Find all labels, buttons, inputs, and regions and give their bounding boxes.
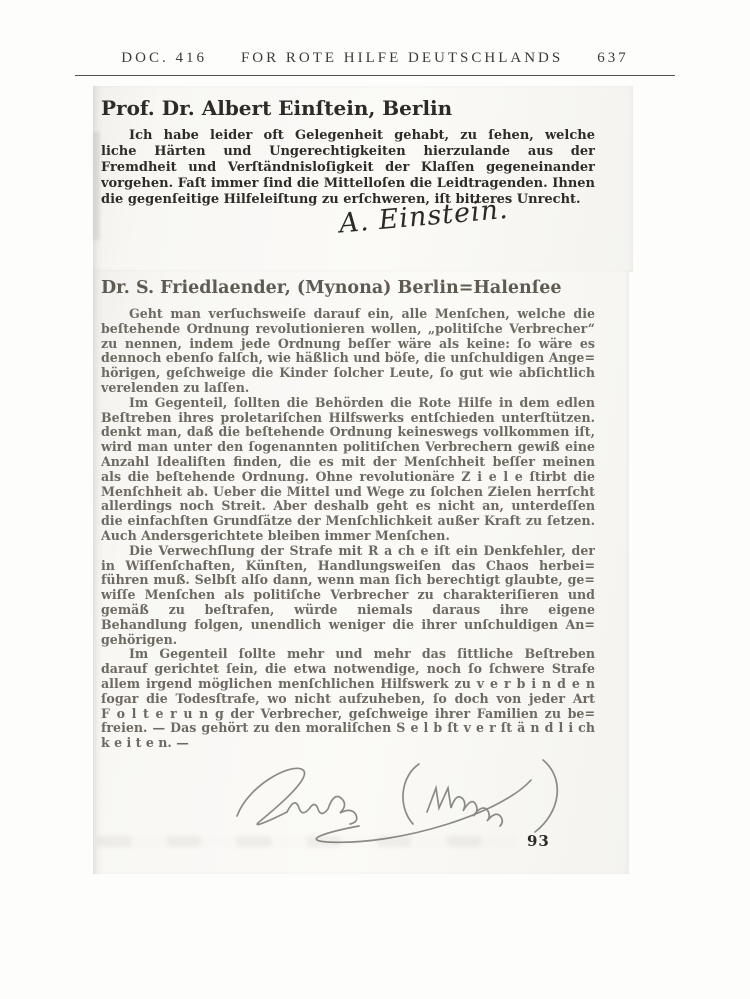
text-line: ſogar die Todesſtrafe, wo nicht aufzuheb… [101,692,595,707]
running-head: DOC. 416 FOR ROTE HILFE DEUTSCHLANDS 637 [0,50,750,67]
text-line: in Wiſſenſchaften, Künſten, Handlungswei… [101,559,595,574]
friedlaender-heading: Dr. S. Friedlaender, (Mynona) Berlin=Hal… [101,278,595,302]
text-line: beſtehende Ordnung revolutionieren wolle… [101,322,595,337]
text-line: k e i t e n. — [101,736,595,751]
text-line: liche Härten und Ungerechtigkeiten hierz… [101,144,595,160]
text-line: allerdings noch Streit. Aber deshalb geh… [101,499,595,514]
paragraph: Im Gegenteil ſollte mehr und mehr das ſi… [101,647,595,751]
paragraph: Im Gegenteil, ſollten die Behörden die R… [101,396,595,544]
text-line: wird man unter den ſogenannten politiſch… [101,440,595,455]
text-line: Ich habe leider oft Gelegenheit gehabt, … [101,128,595,144]
text-line: zu nennen, indem jede Ordnung beſſer wär… [101,337,595,352]
text-line: verelenden zu laſſen. [101,381,595,396]
text-line: Im Gegenteil ſollte mehr und mehr das ſi… [101,647,595,662]
text-line: allem irgend möglichen menſchlichen Hilf… [101,677,595,692]
einstein-signature-svg: A. Einstein. [336,198,566,248]
einstein-paragraph: Ich habe leider oft Gelegenheit gehabt, … [101,128,595,208]
friedlaender-signature-svg [231,754,567,846]
friedlaender-facsimile: Dr. S. Friedlaender, (Mynona) Berlin=Hal… [93,270,629,874]
text-line: als die beſtehende Ordnung. Ohne revolut… [101,470,595,485]
friedlaender-paragraphs: Geht man verſuchsweiſe darauf ein, alle … [101,307,595,751]
text-line: denkt man, daß die beſtehende Ordnung ke… [101,425,595,440]
einstein-signature: A. Einstein. [336,198,566,252]
text-line: darauf gerichtet ſein, die etwa notwendi… [101,662,595,677]
text-line: dennoch ebenſo falſch, wie häßlich und b… [101,351,595,366]
text-line: F o l t e r u n g der Verbrecher, geſchw… [101,707,595,722]
text-line: die einfachſten Grundſätze der Menſchlic… [101,514,595,529]
einstein-heading: Prof. Dr. Albert Einſtein, Berlin [101,96,595,121]
page-number: 637 [597,50,629,67]
text-line: gemäß zu beſtrafen, würde niemals daraus… [101,603,595,618]
text-line: Behandlung folgen, unendlich weniger die… [101,618,595,633]
text-line: Im Gegenteil, ſollten die Behörden die R… [101,396,595,411]
text-line: gehörigen. [101,633,595,648]
einstein-facsimile: Prof. Dr. Albert Einſtein, Berlin Ich ha… [93,86,633,272]
doc-label: DOC. 416 [121,50,207,67]
header-rule [75,75,675,76]
text-line: hörigen, geſchweige die Kinder ſolcher L… [101,366,595,381]
text-line: Menſchheit ab. Ueber die Mittel und Wege… [101,485,595,500]
text-line: Auch Andersgerichtete bleiben immer Menſ… [101,529,595,544]
running-head-title: FOR ROTE HILFE DEUTSCHLANDS [241,50,563,67]
paragraph: Die Verwechſlung der Strafe mit R a ch e… [101,544,595,648]
text-line: wiſſe Menſchen als politiſche Verbrecher… [101,588,595,603]
text-line: Fremdheit und Verſtändnisloſigkeit der K… [101,160,595,176]
text-line: Die Verwechſlung der Strafe mit R a ch e… [101,544,595,559]
text-line: Anzahl Idealiſten finden, die es mit der… [101,455,595,470]
scan-smudge [97,836,517,847]
einstein-signature-text: A. Einstein. [336,198,510,240]
text-line: vorgehen. Faſt immer ſind die Mittelloſe… [101,176,595,192]
scan-edge-shadow [93,132,100,240]
text-line: freien. — Das gehört zu den moraliſchen … [101,721,595,736]
paragraph: Geht man verſuchsweiſe darauf ein, alle … [101,307,595,396]
facsimile-page-number: 93 [527,832,550,850]
text-line: führen muß. Selbſt alſo dann, wenn man ſ… [101,573,595,588]
text-line: Beſtreben ihres proletariſchen Hilfswerk… [101,411,595,426]
text-line: Geht man verſuchsweiſe darauf ein, alle … [101,307,595,322]
